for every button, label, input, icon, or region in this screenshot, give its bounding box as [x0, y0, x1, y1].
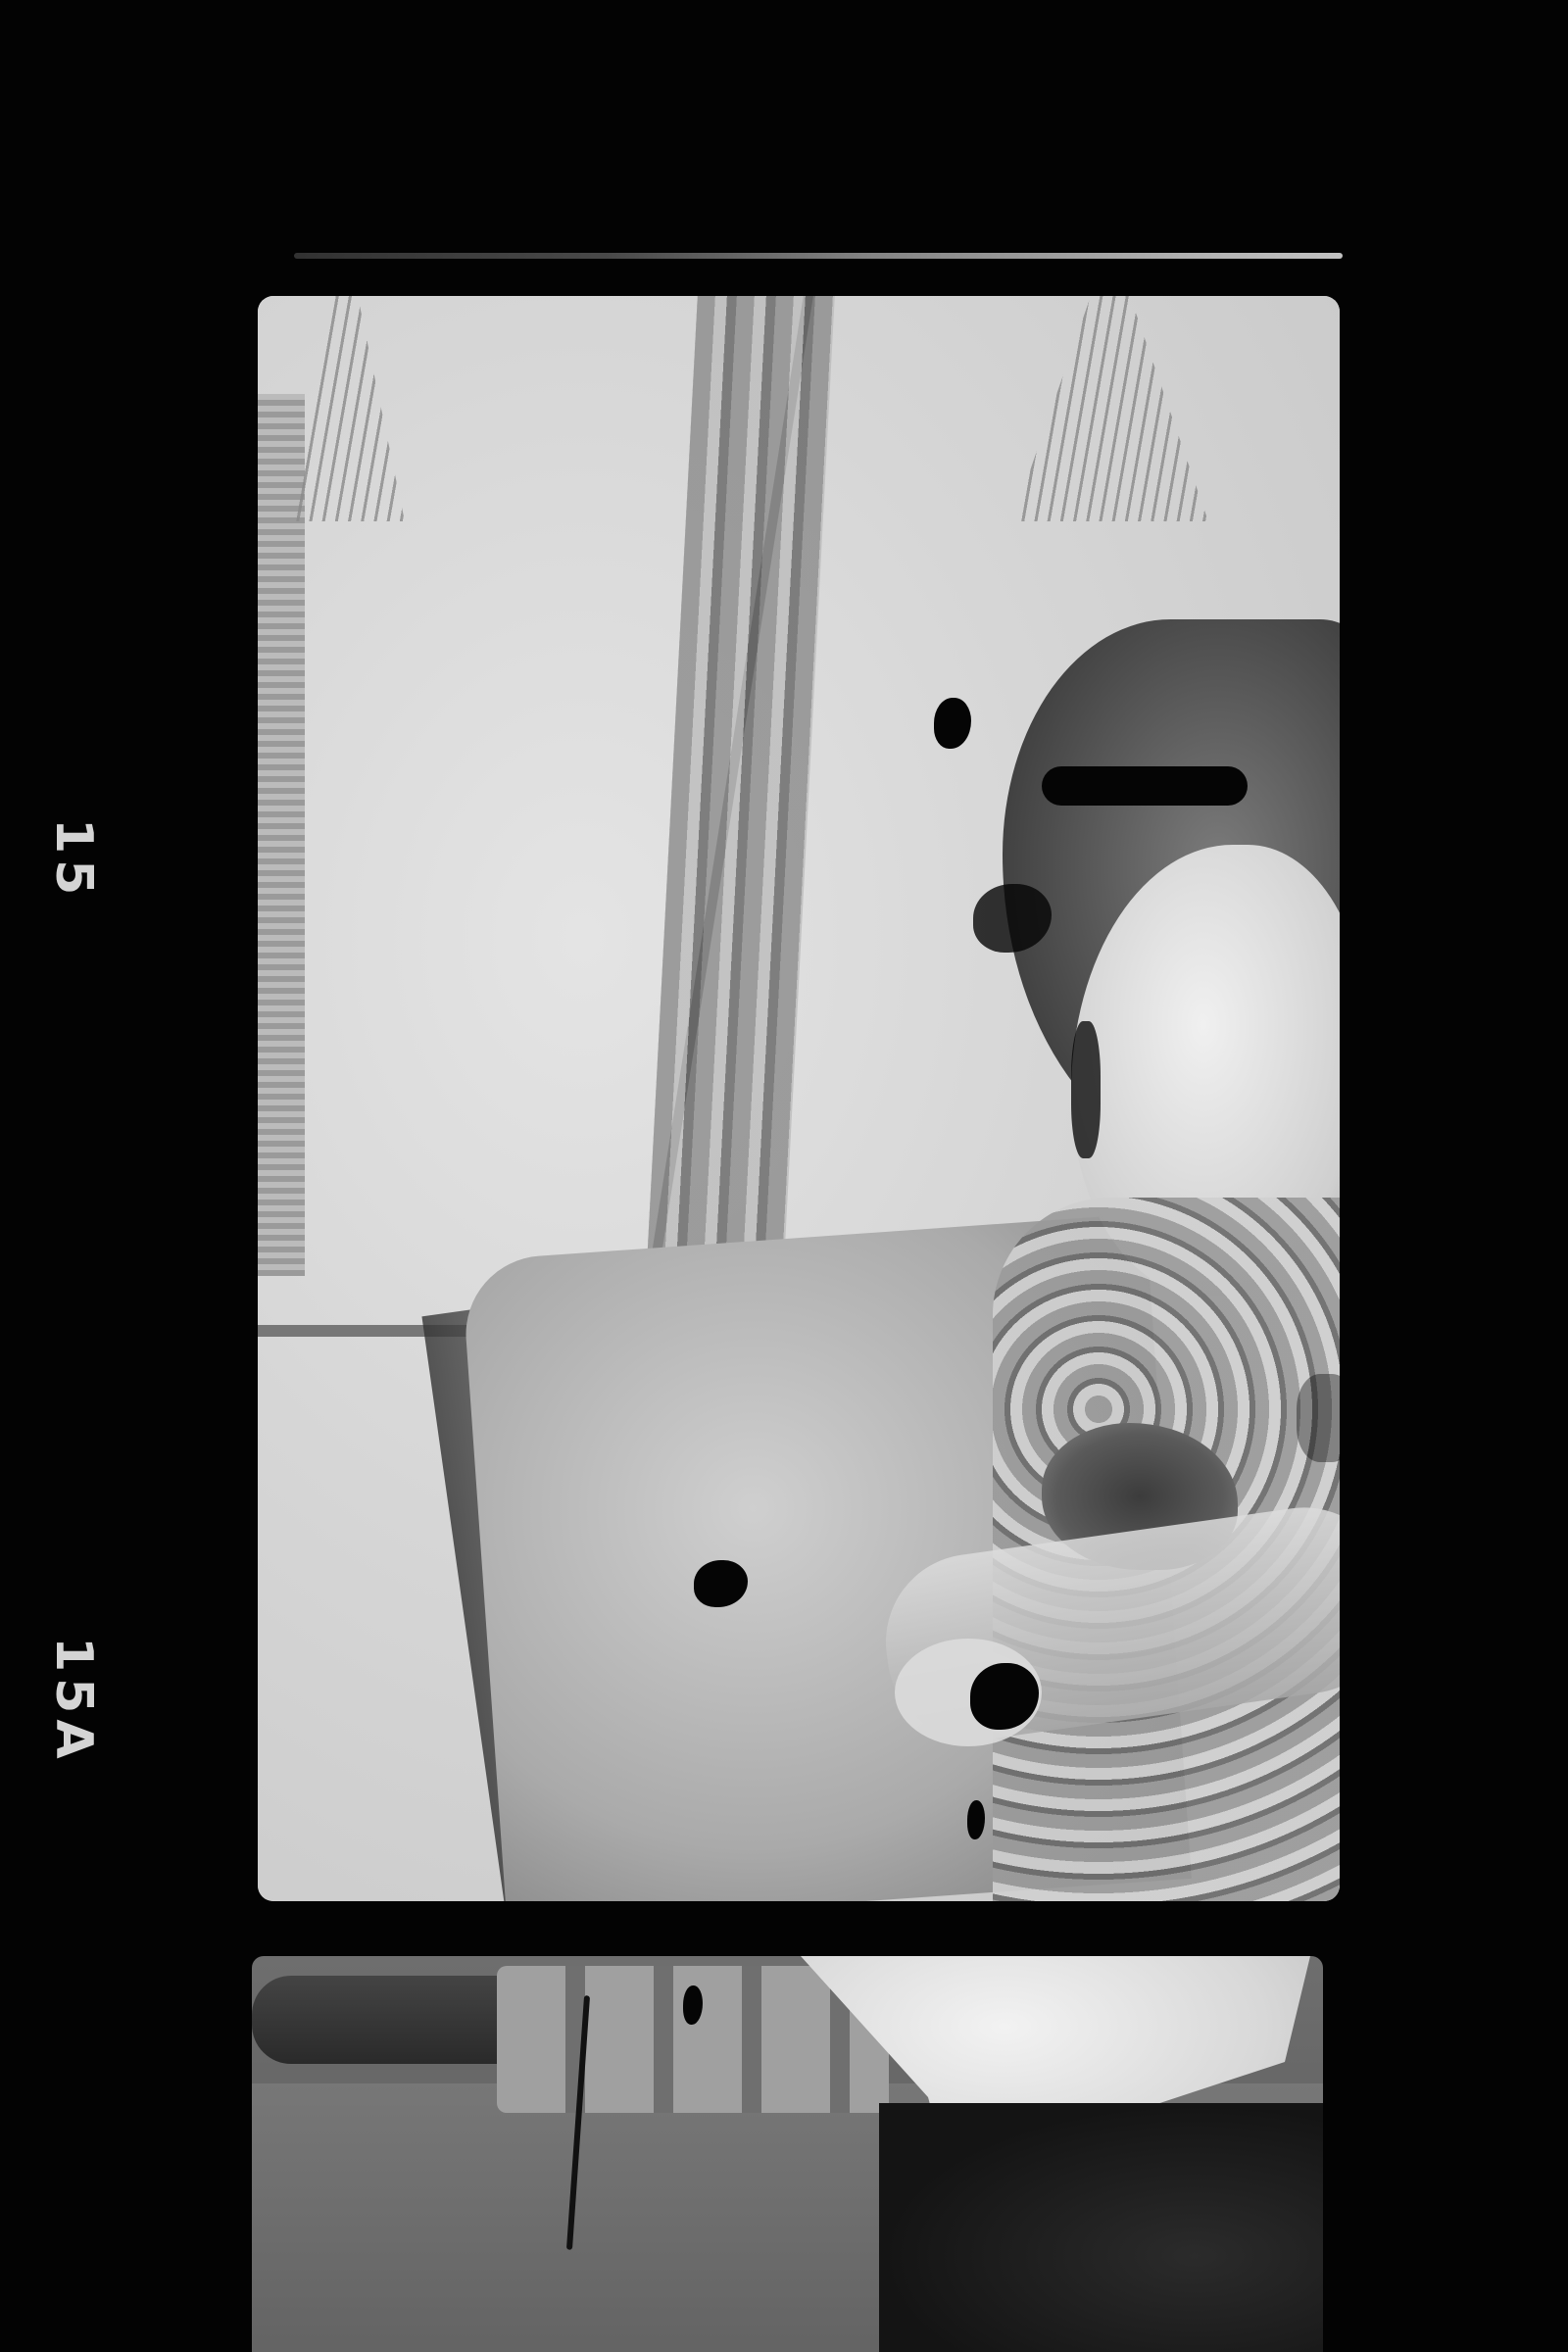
previous-frame-edge: [294, 253, 1343, 259]
photo-frame-main: [258, 296, 1340, 1901]
frame-number-15a: 15A: [44, 1637, 103, 1765]
film-stain: [1297, 1374, 1340, 1462]
film-strip: 15 15A: [0, 0, 1568, 2352]
dark-area: [879, 2103, 1323, 2352]
photo-frame-next: [252, 1956, 1323, 2352]
film-blemish: [1042, 766, 1248, 806]
checkered-curtain: [258, 394, 305, 1276]
film-stain: [1071, 1021, 1101, 1158]
frame-number-15: 15: [44, 818, 103, 901]
